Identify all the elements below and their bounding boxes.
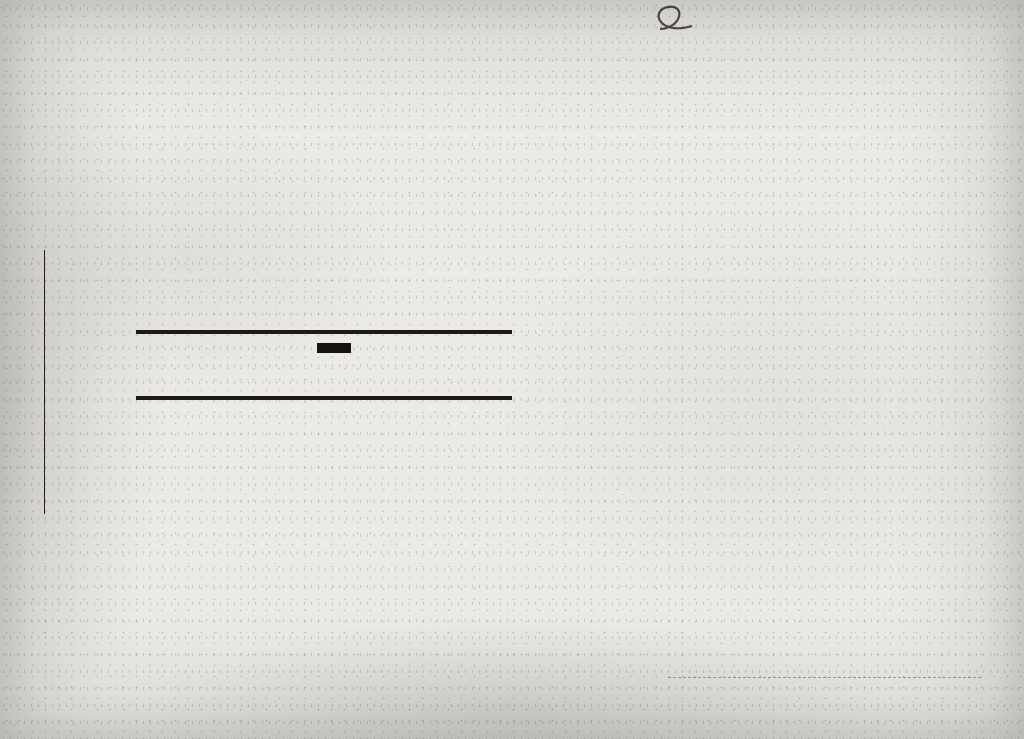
meeting-house-mark — [317, 343, 351, 353]
references-footer — [660, 676, 985, 682]
calligraphic-flourish — [648, 2, 694, 36]
ruled-dashes — [668, 676, 981, 678]
scanned-map-page — [0, 0, 1024, 739]
street-line-south — [136, 396, 512, 400]
scale-line — [44, 250, 45, 514]
paper-texture — [0, 0, 1024, 739]
street-line-north — [136, 330, 512, 334]
